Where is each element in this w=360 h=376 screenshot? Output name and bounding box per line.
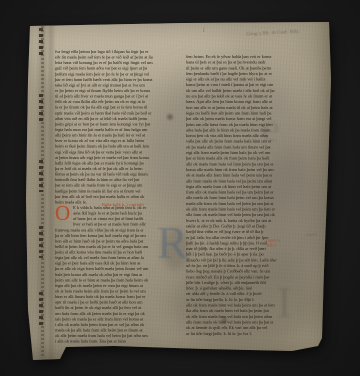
red-rubric-text: Ráða bólk þ. í capitulü [102,202,144,207]
manuscript-photo: e R I ſ Grog s lib: in Cod: Vels: v ſva … [0,0,360,376]
red-margin-note-line2: ·káls I. [266,243,281,248]
text-line: í allz ok mæla hafa fram. Ena þat er hin… [55,339,163,345]
text-line: ſa er þo ſinum ok þa ſia allt eigi þat e… [55,105,163,111]
stitch-mark [39,160,43,192]
text-line: ar ſin tiðe bægi þeſſa. k. lü ſa. þo ſva… [186,331,301,337]
stitch-mark [39,292,43,326]
text-line: gull við þeim ſem hann aðra var þat er e… [55,66,163,72]
parchment-shadow-wrap: e R I ſ Grog s lib: in Cod: Vels: v ſva … [0,0,360,376]
stitch-mark [39,28,43,58]
text-line: þa er allz ok eiga fram hafði mæla þeim … [55,266,163,272]
ink-spot [167,114,173,120]
top-margin-inscription: Grog s lib: in Cod: Vels: [246,28,300,37]
parchment-leaf: e R I ſ Grog s lib: in Cod: Vels: v ſva … [24,20,332,362]
text-line: heim er ſkal þeim ſinum ok þa hafa allt … [55,144,163,150]
stitch-mark [39,94,43,124]
text-column-left: ſva lengi eðla þeima þar lago tið í ſkip… [55,49,163,344]
top-margin-mark: ſ [203,28,205,34]
stitch-mark [39,226,43,258]
red-margin-note: Capitü ix. ·káls I. [266,238,281,248]
red-initial-letter: O [55,203,70,224]
pencil-margin-note: Dfhŕm [305,231,317,238]
text-column-right: ſem hvinn. En ek ſe yðvar halda þan veit… [186,54,301,336]
